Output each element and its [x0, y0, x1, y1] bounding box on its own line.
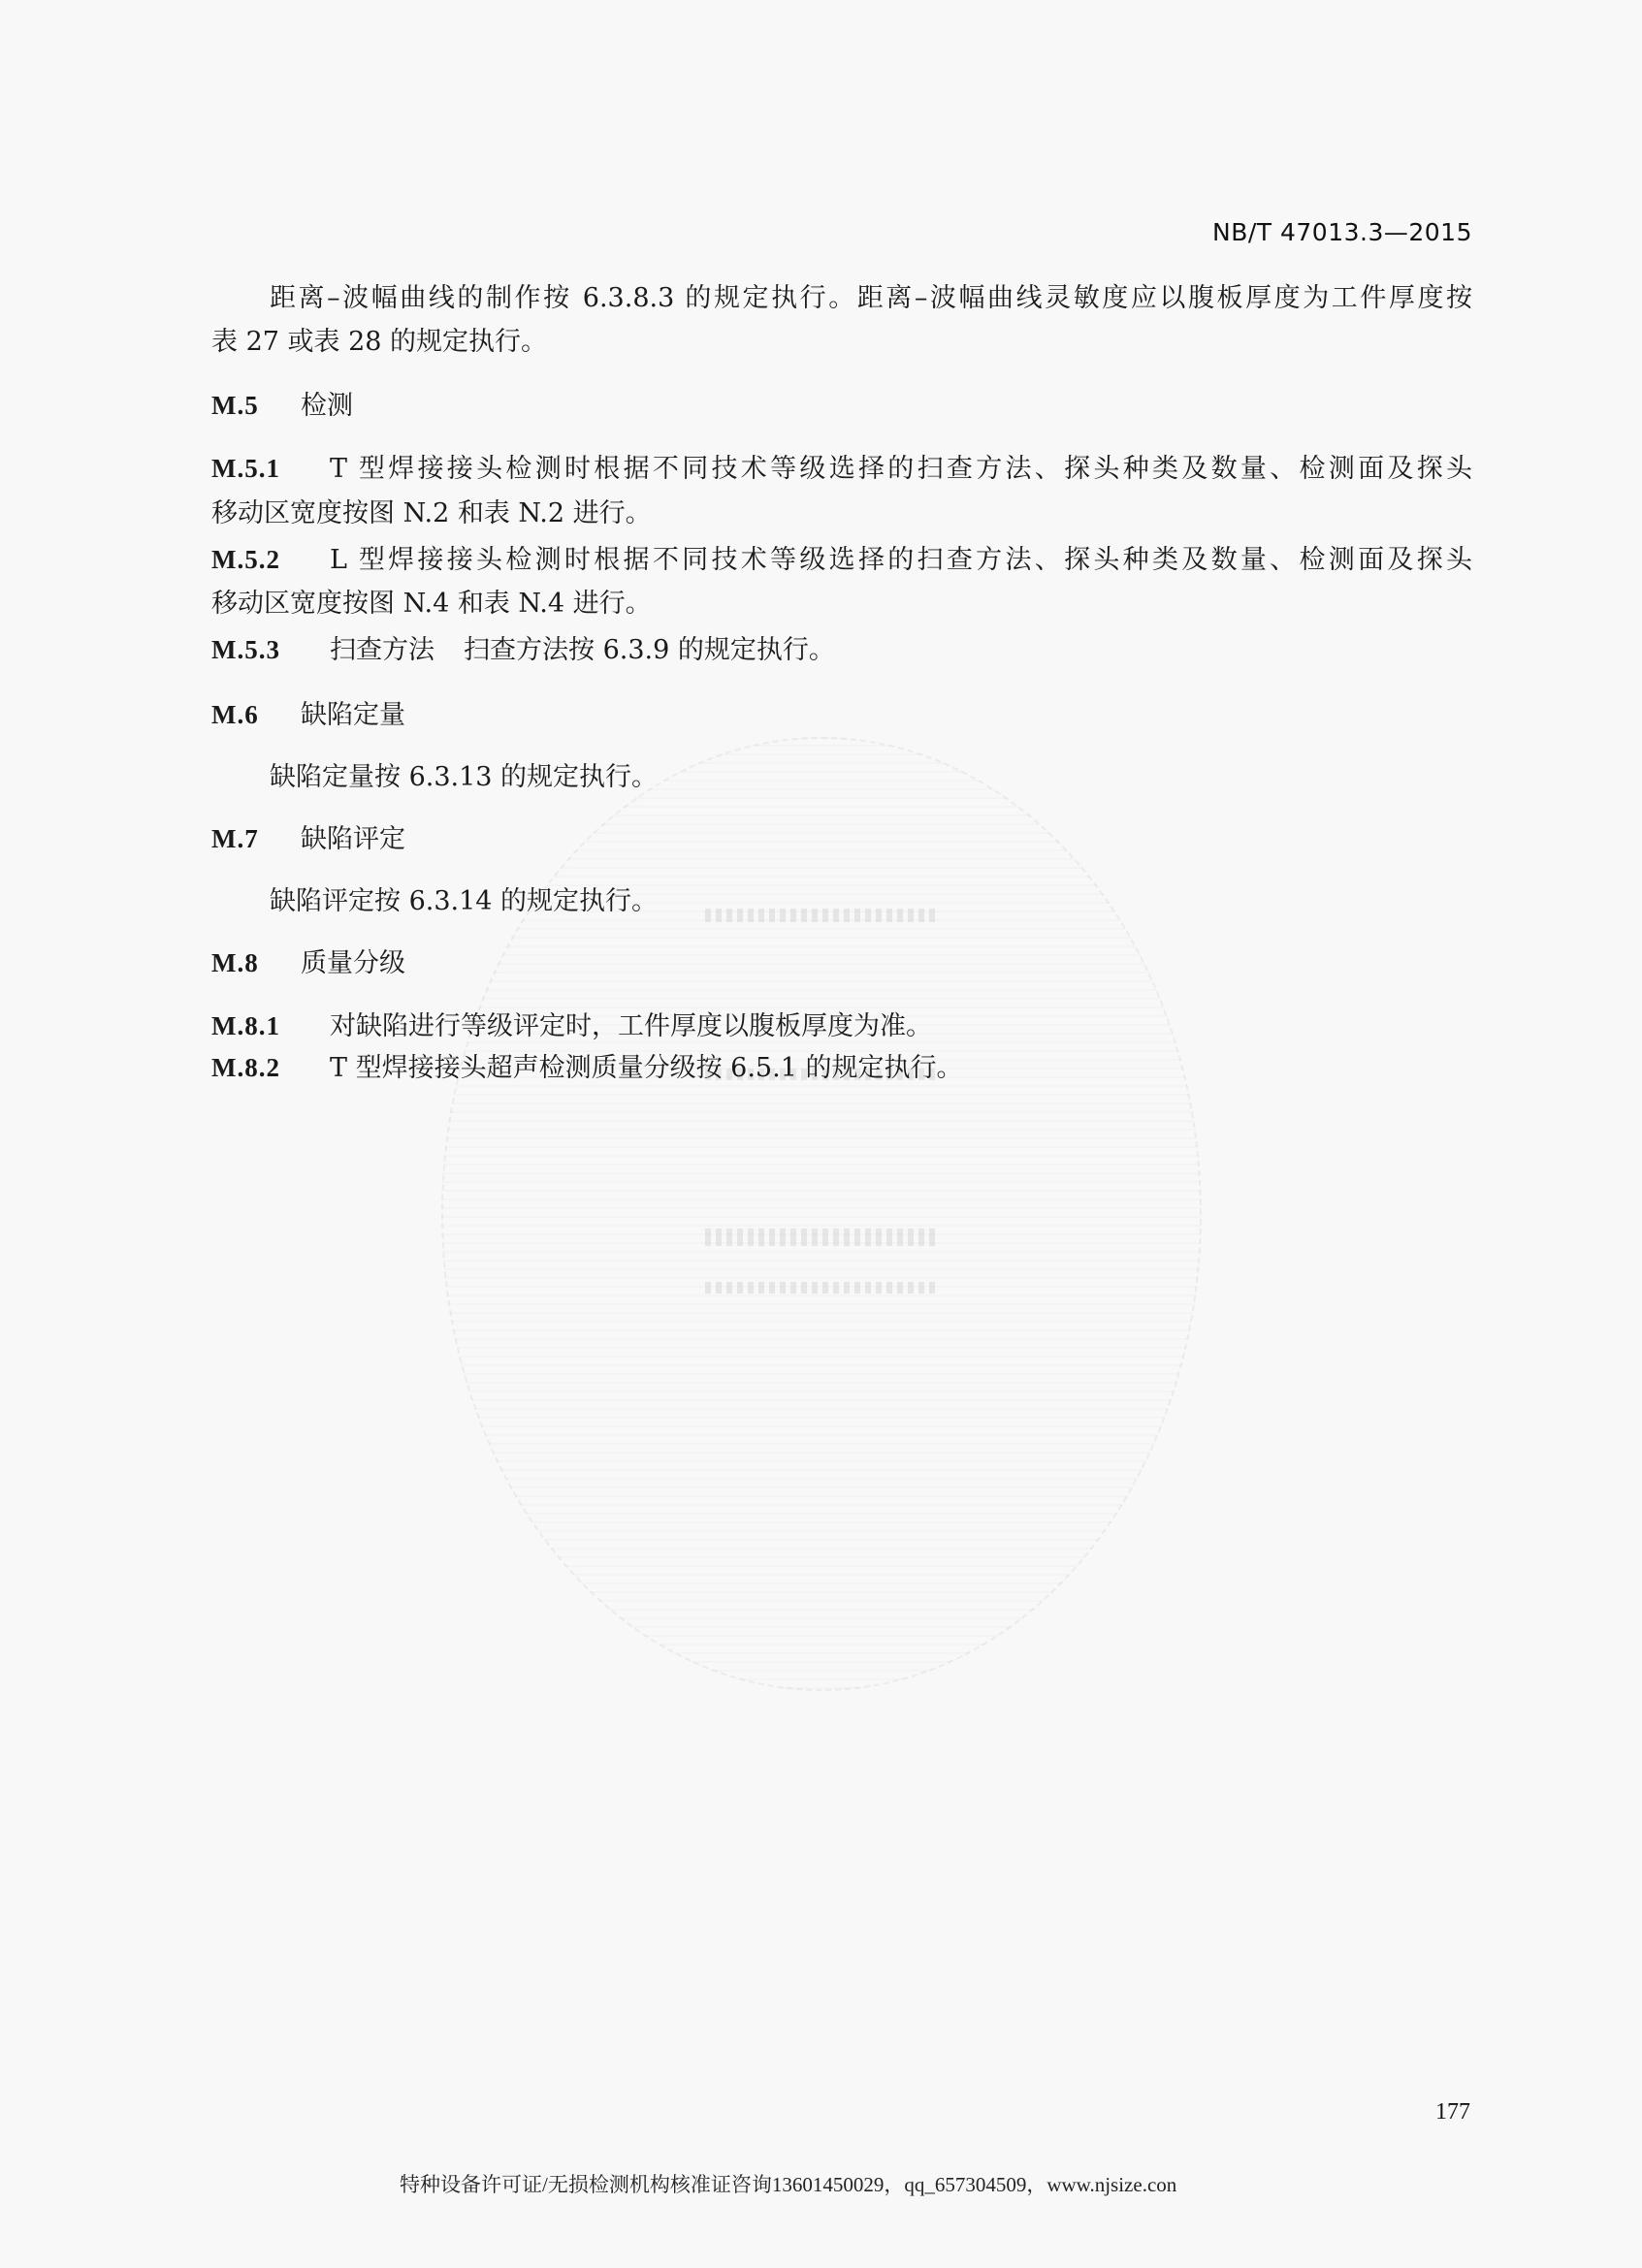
subsection-text: T 型焊接接头超声检测质量分级按 6.5.1 的规定执行。: [330, 1053, 962, 1083]
subsection-text: 扫查方法按 6.3.9 的规定执行。: [464, 635, 835, 665]
subsection-number: M.5.2: [211, 543, 330, 576]
section-number: M.7: [211, 822, 301, 855]
subsection-title: 扫查方法: [330, 635, 435, 665]
watermark-band: [705, 1229, 938, 1246]
section-heading-m7: M.7缺陷评定: [211, 822, 1472, 856]
subsection-number: M.8.2: [211, 1051, 330, 1084]
section-number: M.8: [211, 946, 301, 979]
subsection-text: L 型焊接接头检测时根据不同技术等级选择的扫查方法、探头种类及数量、检测面及探头: [330, 545, 1472, 575]
section-heading-m8: M.8质量分级: [211, 946, 1472, 980]
watermark-band: [705, 1282, 938, 1294]
intro-paragraph-line-1: 距离–波幅曲线的制作按 6.3.8.3 的规定执行。距离–波幅曲线灵敏度应以腹板…: [270, 282, 1472, 315]
subsection-number: M.5.3: [211, 633, 330, 666]
section-m7-text: 缺陷评定按 6.3.14 的规定执行。: [270, 885, 1472, 918]
footer-contact-text: 特种设备许可证/无损检测机构核准证咨询13601450029，qq_657304…: [400, 2172, 1176, 2197]
subsection-m5-3: M.5.3扫查方法扫查方法按 6.3.9 的规定执行。: [211, 633, 1472, 667]
subsection-number: M.8.1: [211, 1009, 330, 1042]
subsection-m5-1-line-2: 移动区宽度按图 N.2 和表 N.2 进行。: [211, 497, 1472, 530]
section-title: 检测: [301, 391, 353, 421]
subsection-number: M.5.1: [211, 452, 330, 485]
page-number: 177: [1435, 2098, 1470, 2125]
section-title: 缺陷定量: [301, 700, 405, 730]
section-heading-m6: M.6缺陷定量: [211, 698, 1472, 732]
subsection-m5-1-line-1: M.5.1T 型焊接接头检测时根据不同技术等级选择的扫查方法、探头种类及数量、检…: [211, 452, 1472, 486]
subsection-text: 对缺陷进行等级评定时，工件厚度以腹板厚度为准。: [330, 1011, 932, 1041]
seal-watermark: [441, 737, 1202, 1691]
subsection-text: T 型焊接接头检测时根据不同技术等级选择的扫查方法、探头种类及数量、检测面及探头: [330, 454, 1472, 484]
section-title: 缺陷评定: [301, 824, 405, 854]
section-m6-text: 缺陷定量按 6.3.13 的规定执行。: [270, 761, 1472, 794]
section-heading-m5: M.5检测: [211, 389, 1472, 423]
document-page: NB/T 47013.3—2015 距离–波幅曲线的制作按 6.3.8.3 的规…: [0, 0, 1642, 2268]
intro-paragraph-line-2: 表 27 或表 28 的规定执行。: [211, 326, 1472, 359]
subsection-m8-2: M.8.2T 型焊接接头超声检测质量分级按 6.5.1 的规定执行。: [211, 1051, 1472, 1085]
section-number: M.6: [211, 698, 301, 731]
subsection-m5-2-line-2: 移动区宽度按图 N.4 和表 N.4 进行。: [211, 588, 1472, 621]
subsection-m5-2-line-1: M.5.2L 型焊接接头检测时根据不同技术等级选择的扫查方法、探头种类及数量、检…: [211, 543, 1472, 577]
section-number: M.5: [211, 389, 301, 422]
subsection-m8-1: M.8.1对缺陷进行等级评定时，工件厚度以腹板厚度为准。: [211, 1009, 1472, 1043]
standard-number-header: NB/T 47013.3—2015: [1212, 218, 1472, 247]
section-title: 质量分级: [301, 948, 405, 978]
